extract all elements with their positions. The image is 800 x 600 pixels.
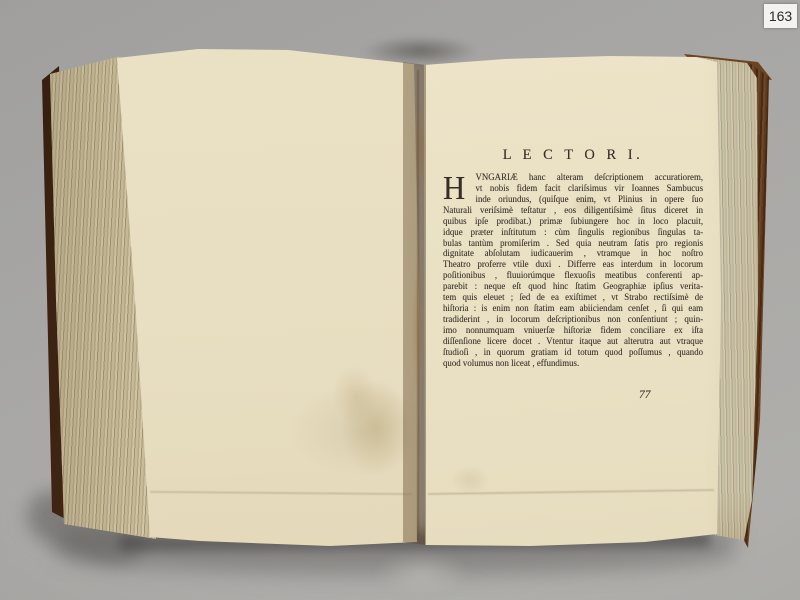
body-line: quibus ipſe prodibat.) primæ ſubiungere …	[443, 217, 703, 228]
page-heading: L E C T O R I.	[443, 146, 703, 164]
gutter-crease-line	[417, 70, 419, 540]
page-number: 77	[639, 389, 651, 401]
gutter-light-reflection	[374, 552, 470, 596]
body-line: idque præter inſtitutum : cùm ſingulis r…	[443, 228, 703, 239]
drop-cap-initial: H	[443, 174, 465, 204]
body-line: quod volumus non liceat , effundimus.	[443, 359, 703, 370]
photo-backdrop: L E C T O R I. H VNGARIÆ hanc alteram de…	[0, 0, 800, 600]
right-page-text: L E C T O R I. H VNGARIÆ hanc alteram de…	[443, 146, 703, 370]
body-paragraph: H VNGARIÆ hanc alteram deſcriptionem acc…	[443, 173, 703, 370]
frame-number-label: 163	[764, 4, 797, 28]
